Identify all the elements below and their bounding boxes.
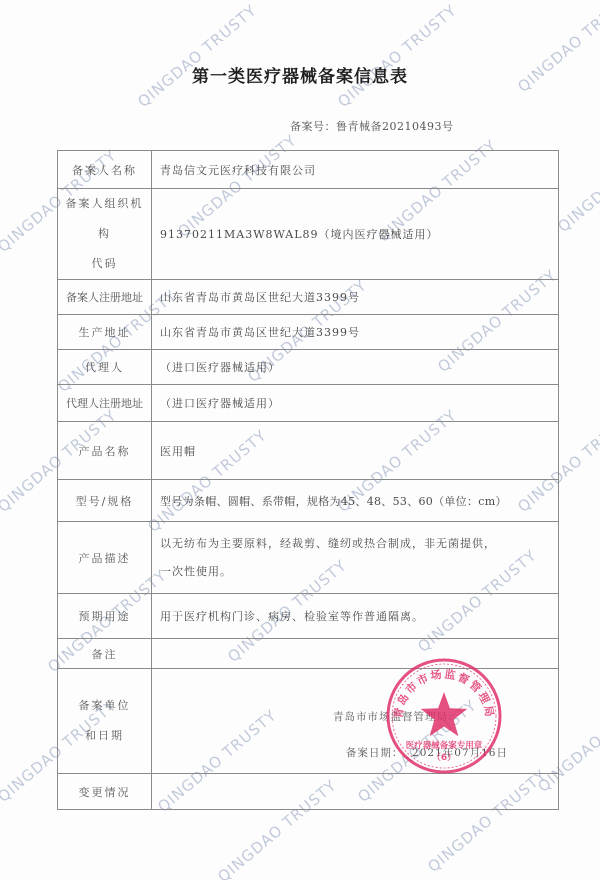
label-product-name: 产品名称: [58, 422, 152, 480]
value-registered-address: 山东省青岛市黄岛区世纪大道3399号: [152, 280, 559, 315]
value-agent-address: （进口医疗器械适用）: [152, 385, 559, 422]
value-filing-unit-date: 青岛市市场监督管理局 备案日期： 2021年07月16日: [152, 669, 559, 774]
value-product-description: 以无纺布为主要原料，经裁剪、缝纫或热合制成，非无菌提供， 一次性使用。: [152, 522, 559, 594]
table-row: 产品描述 以无纺布为主要原料，经裁剪、缝纫或热合制成，非无菌提供， 一次性使用。: [58, 522, 559, 594]
table-row: 备案人名称 青岛信文元医疗科技有限公司: [58, 151, 559, 189]
watermark-text: QINGDAO TRUSTY: [134, 1, 260, 111]
label-production-address: 生产地址: [58, 315, 152, 350]
filing-unit-name: 青岛市市场监督管理局: [333, 709, 448, 724]
value-remarks: [152, 639, 559, 669]
watermark-text: QINGDAO TRUSTY: [554, 126, 600, 236]
table-row: 备案人组织机构 代码 91370211MA3W8WAL89（境内医疗器械适用）: [58, 189, 559, 280]
table-row: 变更情况: [58, 774, 559, 810]
value-production-address: 山东省青岛市黄岛区世纪大道3399号: [152, 315, 559, 350]
table-row: 备案人注册地址 山东省青岛市黄岛区世纪大道3399号: [58, 280, 559, 315]
table-row: 代理人注册地址 （进口医疗器械适用）: [58, 385, 559, 422]
label-intended-use: 预期用途: [58, 594, 152, 639]
table-row: 生产地址 山东省青岛市黄岛区世纪大道3399号: [58, 315, 559, 350]
value-filer-name: 青岛信文元医疗科技有限公司: [152, 151, 559, 189]
filing-date: 备案日期： 2021年07月16日: [346, 745, 508, 760]
label-filer-name: 备案人名称: [58, 151, 152, 189]
label-product-description: 产品描述: [58, 522, 152, 594]
value-org-code: 91370211MA3W8WAL89（境内医疗器械适用）: [152, 189, 559, 280]
value-agent: （进口医疗器械适用）: [152, 350, 559, 385]
filing-info-table: 备案人名称 青岛信文元医疗科技有限公司 备案人组织机构 代码 91370211M…: [57, 150, 559, 810]
label-registered-address: 备案人注册地址: [58, 280, 152, 315]
table-row: 产品名称 医用帽: [58, 422, 559, 480]
label-agent-address: 代理人注册地址: [58, 385, 152, 422]
table-row: 型号/规格 型号为条帽、圆帽、系带帽，规格为45、48、53、60（单位：cm）: [58, 480, 559, 522]
label-change-status: 变更情况: [58, 774, 152, 810]
value-product-name: 医用帽: [152, 422, 559, 480]
document-title: 第一类医疗器械备案信息表: [0, 62, 600, 87]
label-filing-unit-date: 备案单位 和日期: [58, 669, 152, 774]
watermark-text: QINGDAO TRUSTY: [334, 1, 460, 111]
label-agent: 代理人: [58, 350, 152, 385]
value-intended-use: 用于医疗机构门诊、病房、检验室等作普通隔离。: [152, 594, 559, 639]
label-org-code: 备案人组织机构 代码: [58, 189, 152, 280]
filing-number: 备案号：鲁青械备20210493号: [290, 118, 454, 134]
table-row: 备案单位 和日期 青岛市市场监督管理局 备案日期： 2021年07月16日: [58, 669, 559, 774]
table-row: 备注: [58, 639, 559, 669]
value-change-status: [152, 774, 559, 810]
value-model-spec: 型号为条帽、圆帽、系带帽，规格为45、48、53、60（单位：cm）: [152, 480, 559, 522]
label-remarks: 备注: [58, 639, 152, 669]
table-row: 代理人 （进口医疗器械适用）: [58, 350, 559, 385]
label-model-spec: 型号/规格: [58, 480, 152, 522]
table-row: 预期用途 用于医疗机构门诊、病房、检验室等作普通隔离。: [58, 594, 559, 639]
